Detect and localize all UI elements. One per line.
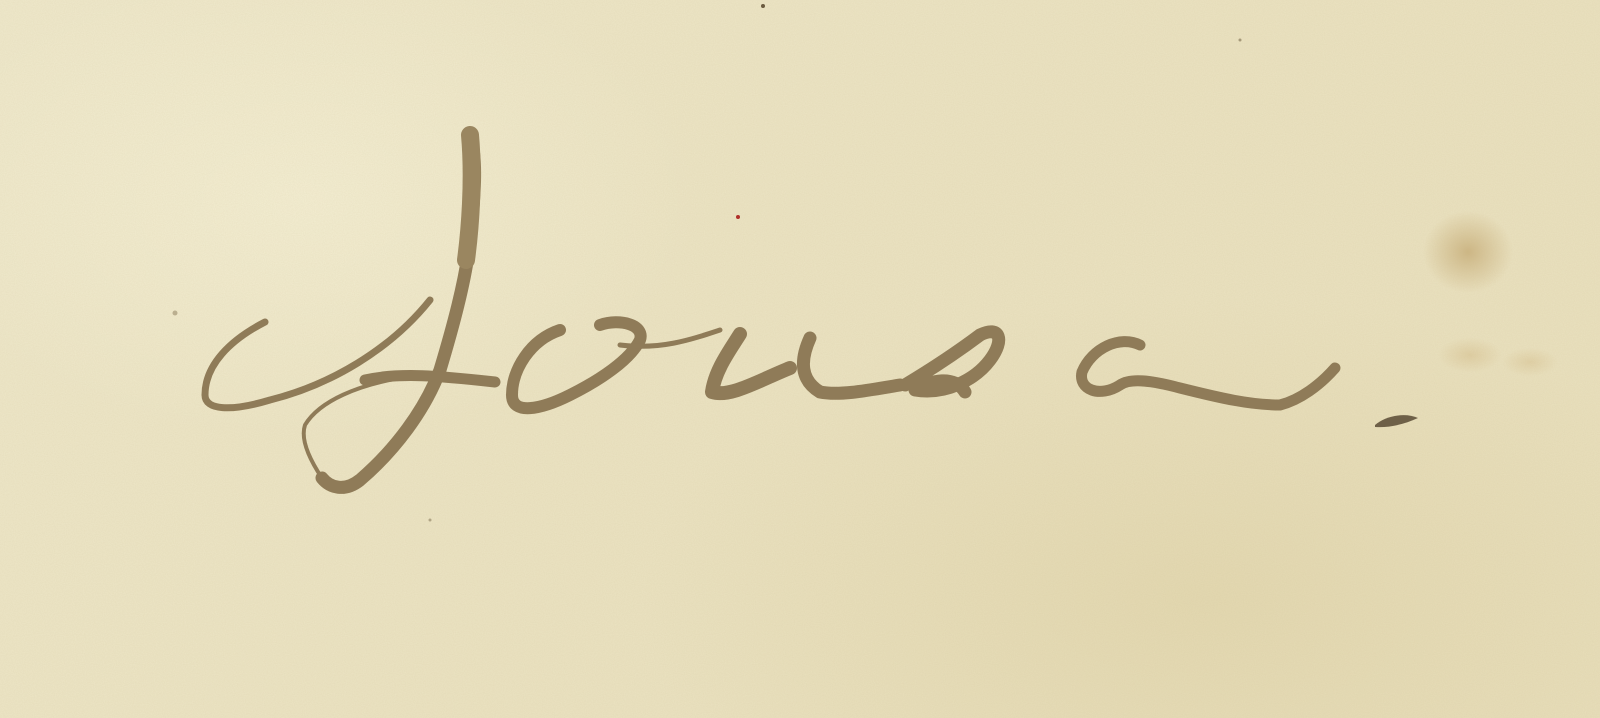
period-mark (1375, 415, 1418, 427)
aged-paper: Sousa. (0, 0, 1600, 718)
handwritten-signature (0, 0, 1600, 718)
